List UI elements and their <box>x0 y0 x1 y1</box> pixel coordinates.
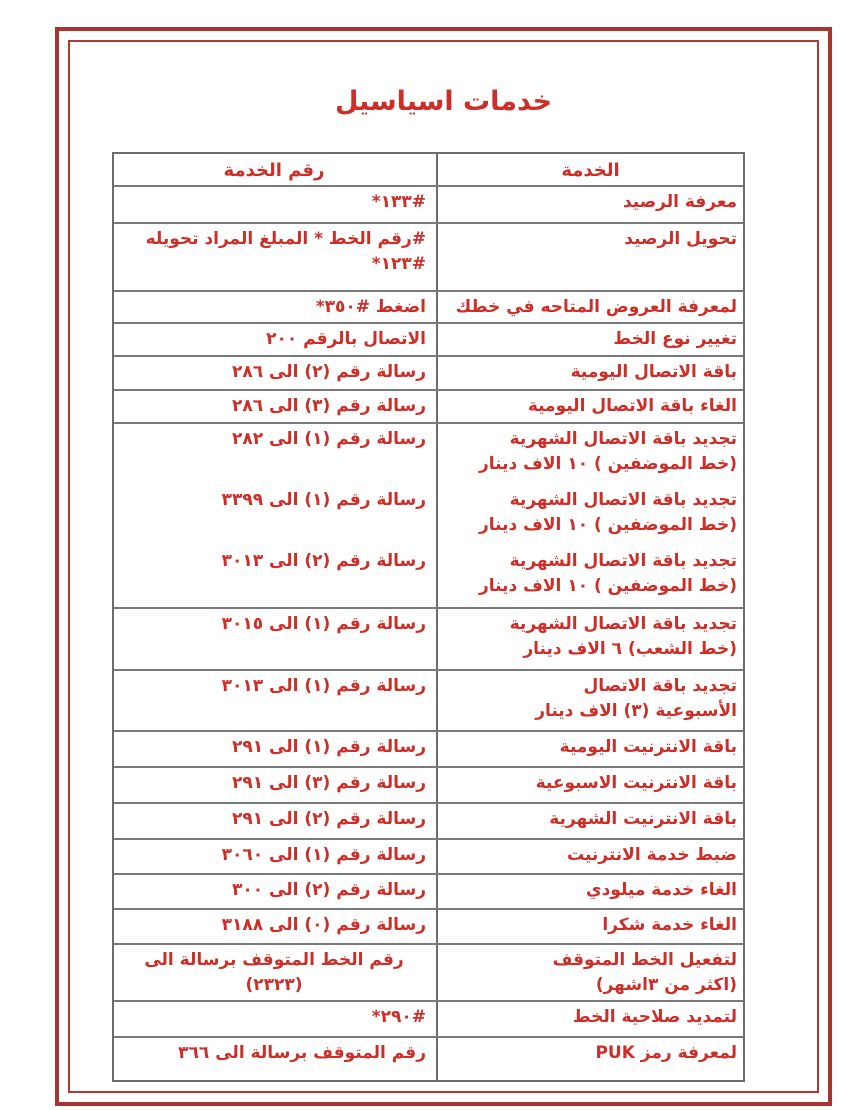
text-line: (اكثر من ٣اشهر) <box>444 973 737 998</box>
text-line: رسالة رقم (١) الى ٢٨٢ <box>122 427 426 452</box>
text-segment: (خط الموضفين ) ١٠ الاف دينار <box>479 576 737 596</box>
text-line: باقة الانترنيت الشهرية <box>444 807 737 832</box>
text-line: تحويل الرصيد <box>444 227 737 252</box>
text-line: باقة الانترنيت اليومية <box>444 735 737 760</box>
text-line: رسالة رقم (١) الى ٣٠٦٠ <box>122 843 426 868</box>
value-cell: رسالة رقم (٢) الى ٢٩١ <box>114 804 436 838</box>
text-line: الغاء خدمة ميلودي <box>444 878 737 903</box>
text-segment: رسالة رقم (١) الى ٣٠١٣ <box>222 676 426 696</box>
column-header-value: رقم الخدمة <box>114 154 436 185</box>
text-segment: رسالة رقم (٢) الى ٣٠٠ <box>232 880 426 900</box>
service-cell: باقة الانترنيت الشهرية <box>436 804 743 838</box>
text-segment: اضغط <box>370 297 426 317</box>
text-segment: رسالة رقم (١) الى ٣٠١٥ <box>222 614 426 634</box>
ussd-code: *٢٩٠# <box>372 1007 426 1027</box>
text-line: تجديد باقة الاتصال الشهرية <box>444 549 737 574</box>
text-segment: تحويل الرصيد <box>624 229 737 249</box>
text-segment: الغاء خدمة شكرا <box>602 915 737 935</box>
service-cell: تجديد باقة الاتصالالأسبوعية (٣) الاف دين… <box>436 671 743 730</box>
text-line: تجديد باقة الاتصال الشهرية <box>444 612 737 637</box>
table-row: الغاء باقة الاتصال اليوميةرسالة رقم (٣) … <box>114 389 743 422</box>
text-line: الغاء خدمة شكرا <box>444 913 737 938</box>
text-segment: (خط الشعب) ٦ الاف دينار <box>523 639 737 659</box>
service-cell: الغاء خدمة ميلودي <box>436 875 743 908</box>
table-row: الغاء خدمة ميلوديرسالة رقم (٢) الى ٣٠٠ <box>114 873 743 908</box>
text-segment: (خط الموضفين ) ١٠ الاف دينار <box>479 515 737 535</box>
value-cell: رسالة رقم (١) الى ٣٣٩٩ <box>114 485 436 546</box>
text-line: (خط الموضفين ) ١٠ الاف دينار <box>444 452 737 477</box>
text-line: رسالة رقم (٢) الى ٢٨٦ <box>122 360 426 385</box>
text-line: لمعرفة رمز PUK <box>444 1041 737 1066</box>
text-line: تجديد باقة الاتصال الشهرية <box>444 427 737 452</box>
text-segment: (اكثر من ٣اشهر) <box>596 975 737 995</box>
service-cell: تجديد باقة الاتصال الشهرية(خط الموضفين )… <box>436 546 743 607</box>
table-row: تغيير نوع الخطالاتصال بالرقم ٢٠٠ <box>114 322 743 355</box>
text-segment: #رقم الخط * المبلغ المراد تحويله <box>146 229 426 249</box>
value-cell: اضغط *٣٥٠# <box>114 292 436 322</box>
service-cell: لتمديد صلاحية الخط <box>436 1002 743 1036</box>
text-segment: لمعرفة العروض المتاحه في خطك <box>456 297 737 317</box>
table-row: تجديد باقة الاتصال الشهرية(خط الموضفين )… <box>114 485 743 546</box>
service-cell: تجديد باقة الاتصال الشهرية(خط الشعب) ٦ ا… <box>436 609 743 669</box>
text-line: رسالة رقم (١) الى ٣٠١٣ <box>122 674 426 699</box>
service-cell: الغاء باقة الاتصال اليومية <box>436 391 743 422</box>
text-line: رسالة رقم (١) الى ٢٩١ <box>122 735 426 760</box>
text-segment: رقم الخط المتوقف برسالة الى <box>144 950 403 970</box>
table-header-row: الخدمة رقم الخدمة <box>114 154 743 185</box>
text-segment: رسالة رقم (٠) الى ٣١٨٨ <box>222 915 426 935</box>
text-line: باقة الانترنيت الاسبوعية <box>444 771 737 796</box>
table-row: باقة الانترنيت الاسبوعيةرسالة رقم (٣) ال… <box>114 766 743 802</box>
text-segment: تجديد باقة الاتصال الشهرية <box>510 551 737 571</box>
service-cell: لتفعيل الخط المتوقف(اكثر من ٣اشهر) <box>436 945 743 1000</box>
value-cell: رسالة رقم (٢) الى ٣٠١٣ <box>114 546 436 607</box>
table-row: ضبط خدمة الانترنيترسالة رقم (١) الى ٣٠٦٠ <box>114 838 743 873</box>
table-row: لتمديد صلاحية الخط*٢٩٠# <box>114 1000 743 1036</box>
service-cell: الغاء خدمة شكرا <box>436 910 743 943</box>
table-row: باقة الانترنيت اليوميةرسالة رقم (١) الى … <box>114 730 743 766</box>
table-row: معرفة الرصيد*١٣٣# <box>114 185 743 222</box>
text-segment: رسالة رقم (٢) الى ٢٨٦ <box>232 362 426 382</box>
text-segment: رسالة رقم (٣) الى ٢٩١ <box>232 773 426 793</box>
text-segment: تجديد باقة الاتصال <box>584 676 737 696</box>
value-cell: الاتصال بالرقم ٢٠٠ <box>114 324 436 355</box>
text-line: رقم الخط المتوقف برسالة الى <box>122 948 426 973</box>
text-segment: رسالة رقم (٢) الى ٣٠١٣ <box>222 551 426 571</box>
text-line: رسالة رقم (٢) الى ٢٩١ <box>122 807 426 832</box>
table-row: لمعرفة العروض المتاحه في خطكاضغط *٣٥٠# <box>114 290 743 322</box>
text-segment: (٢٣٢٣) <box>245 975 302 995</box>
text-line: رسالة رقم (٢) الى ٣٠١٣ <box>122 549 426 574</box>
text-line: اضغط *٣٥٠# <box>122 295 426 320</box>
value-cell: رسالة رقم (١) الى ٢٩١ <box>114 732 436 766</box>
text-line: *٢٩٠# <box>122 1005 426 1030</box>
value-cell: رسالة رقم (٣) الى ٢٩١ <box>114 768 436 802</box>
text-segment: باقة الانترنيت اليومية <box>560 737 737 757</box>
table-row: لتفعيل الخط المتوقف(اكثر من ٣اشهر)رقم ال… <box>114 943 743 1000</box>
table-row: باقة الانترنيت الشهريةرسالة رقم (٢) الى … <box>114 802 743 838</box>
text-line: رقم المتوقف برسالة الى ٣٦٦ <box>122 1041 426 1066</box>
service-cell: لمعرفة العروض المتاحه في خطك <box>436 292 743 322</box>
text-segment: الغاء باقة الاتصال اليومية <box>528 396 737 416</box>
text-segment: الغاء خدمة ميلودي <box>586 880 737 900</box>
text-segment: ضبط خدمة الانترنيت <box>567 845 737 865</box>
service-cell: تجديد باقة الاتصال الشهرية(خط الموضفين )… <box>436 485 743 546</box>
text-segment: باقة الاتصال اليومية <box>571 362 737 382</box>
value-cell: رقم المتوقف برسالة الى ٣٦٦ <box>114 1038 436 1080</box>
value-cell: رسالة رقم (٢) الى ٣٠٠ <box>114 875 436 908</box>
text-segment: تجديد باقة الاتصال الشهرية <box>510 490 737 510</box>
ussd-code: *١٣٣# <box>372 192 426 212</box>
value-cell: رسالة رقم (٢) الى ٢٨٦ <box>114 357 436 389</box>
text-segment: رسالة رقم (١) الى ٢٨٢ <box>232 429 426 449</box>
text-line: (خط الموضفين ) ١٠ الاف دينار <box>444 574 737 599</box>
text-segment: رسالة رقم (٣) الى ٢٨٦ <box>232 396 426 416</box>
text-segment: رقم المتوقف برسالة الى ٣٦٦ <box>178 1043 426 1063</box>
service-cell: لمعرفة رمز PUK <box>436 1038 743 1080</box>
text-line: (خط الشعب) ٦ الاف دينار <box>444 637 737 662</box>
text-line: معرفة الرصيد <box>444 190 737 215</box>
table-row: الغاء خدمة شكرارسالة رقم (٠) الى ٣١٨٨ <box>114 908 743 943</box>
text-line: #رقم الخط * المبلغ المراد تحويله <box>122 227 426 252</box>
text-segment: (خط الموضفين ) ١٠ الاف دينار <box>479 454 737 474</box>
service-cell: معرفة الرصيد <box>436 187 743 222</box>
ussd-code: *٣٥٠# <box>316 297 370 317</box>
value-cell: *١٣٣# <box>114 187 436 222</box>
text-segment: معرفة الرصيد <box>623 192 737 212</box>
service-cell: باقة الانترنيت الاسبوعية <box>436 768 743 802</box>
text-segment: لتمديد صلاحية الخط <box>573 1007 737 1027</box>
text-line: تغيير نوع الخط <box>444 327 737 352</box>
text-line: باقة الاتصال اليومية <box>444 360 737 385</box>
text-line: الاتصال بالرقم ٢٠٠ <box>122 327 426 352</box>
text-segment: لمعرفة رمز PUK <box>595 1043 737 1063</box>
services-table: الخدمة رقم الخدمة معرفة الرصيد*١٣٣#تحويل… <box>112 152 745 1082</box>
table-row: باقة الاتصال اليوميةرسالة رقم (٢) الى ٢٨… <box>114 355 743 389</box>
text-segment: تجديد باقة الاتصال الشهرية <box>510 429 737 449</box>
ussd-code: *١٢٣# <box>372 254 426 274</box>
text-segment: تغيير نوع الخط <box>613 329 737 349</box>
text-line: لمعرفة العروض المتاحه في خطك <box>444 295 737 320</box>
service-cell: تغيير نوع الخط <box>436 324 743 355</box>
service-cell: ضبط خدمة الانترنيت <box>436 840 743 873</box>
table-row: تجديد باقة الاتصال الشهرية(خط الشعب) ٦ ا… <box>114 607 743 669</box>
value-cell: رسالة رقم (٣) الى ٢٨٦ <box>114 391 436 422</box>
text-line: رسالة رقم (٢) الى ٣٠٠ <box>122 878 426 903</box>
value-cell: #رقم الخط * المبلغ المراد تحويله*١٢٣# <box>114 224 436 290</box>
text-line: رسالة رقم (٣) الى ٢٨٦ <box>122 394 426 419</box>
service-cell: باقة الانترنيت اليومية <box>436 732 743 766</box>
text-line: ضبط خدمة الانترنيت <box>444 843 737 868</box>
value-cell: رسالة رقم (١) الى ٢٨٢ <box>114 424 436 485</box>
text-line: الأسبوعية (٣) الاف دينار <box>444 699 737 724</box>
value-cell: رسالة رقم (١) الى ٣٠١٥ <box>114 609 436 669</box>
text-segment: باقة الانترنيت الاسبوعية <box>536 773 737 793</box>
value-cell: رقم الخط المتوقف برسالة الى(٢٣٢٣) <box>114 945 436 1000</box>
page-title: خدمات اسياسيل <box>68 86 819 117</box>
table-row: تجديد باقة الاتصال الشهرية(خط الموضفين )… <box>114 424 743 485</box>
text-segment: رسالة رقم (١) الى ٣٣٩٩ <box>222 490 426 510</box>
text-line: الغاء باقة الاتصال اليومية <box>444 394 737 419</box>
text-segment: باقة الانترنيت الشهرية <box>549 809 737 829</box>
value-cell: رسالة رقم (١) الى ٣٠٦٠ <box>114 840 436 873</box>
text-line: *١٣٣# <box>122 190 426 215</box>
value-cell: *٢٩٠# <box>114 1002 436 1036</box>
service-cell: تحويل الرصيد <box>436 224 743 290</box>
service-cell: باقة الاتصال اليومية <box>436 357 743 389</box>
table-row-group: تجديد باقة الاتصال الشهرية(خط الموضفين )… <box>114 422 743 607</box>
value-cell: رسالة رقم (٠) الى ٣١٨٨ <box>114 910 436 943</box>
text-line: رسالة رقم (٠) الى ٣١٨٨ <box>122 913 426 938</box>
table-row: لمعرفة رمز PUKرقم المتوقف برسالة الى ٣٦٦ <box>114 1036 743 1080</box>
service-cell: تجديد باقة الاتصال الشهرية(خط الموضفين )… <box>436 424 743 485</box>
text-line: (خط الموضفين ) ١٠ الاف دينار <box>444 513 737 538</box>
text-line: رسالة رقم (١) الى ٣٣٩٩ <box>122 488 426 513</box>
document-page: خدمات اسياسيل الخدمة رقم الخدمة معرفة ال… <box>0 0 862 1110</box>
text-segment: رسالة رقم (١) الى ٣٠٦٠ <box>222 845 426 865</box>
text-segment: رسالة رقم (١) الى ٢٩١ <box>232 737 426 757</box>
text-segment: لتفعيل الخط المتوقف <box>553 950 737 970</box>
text-line: رسالة رقم (١) الى ٣٠١٥ <box>122 612 426 637</box>
table-row: تجديد باقة الاتصالالأسبوعية (٣) الاف دين… <box>114 669 743 730</box>
table-row: تحويل الرصيد#رقم الخط * المبلغ المراد تح… <box>114 222 743 290</box>
text-line: *١٢٣# <box>122 252 426 277</box>
text-line: تجديد باقة الاتصال <box>444 674 737 699</box>
text-segment: الأسبوعية (٣) الاف دينار <box>535 701 737 721</box>
text-segment: رسالة رقم (٢) الى ٢٩١ <box>232 809 426 829</box>
text-line: (٢٣٢٣) <box>122 973 426 998</box>
table-row: تجديد باقة الاتصال الشهرية(خط الموضفين )… <box>114 546 743 607</box>
text-segment: الاتصال بالرقم ٢٠٠ <box>266 329 426 349</box>
text-line: لتفعيل الخط المتوقف <box>444 948 737 973</box>
text-line: تجديد باقة الاتصال الشهرية <box>444 488 737 513</box>
value-cell: رسالة رقم (١) الى ٣٠١٣ <box>114 671 436 730</box>
text-segment: تجديد باقة الاتصال الشهرية <box>510 614 737 634</box>
text-line: رسالة رقم (٣) الى ٢٩١ <box>122 771 426 796</box>
text-line: لتمديد صلاحية الخط <box>444 1005 737 1030</box>
column-header-service: الخدمة <box>436 154 743 185</box>
